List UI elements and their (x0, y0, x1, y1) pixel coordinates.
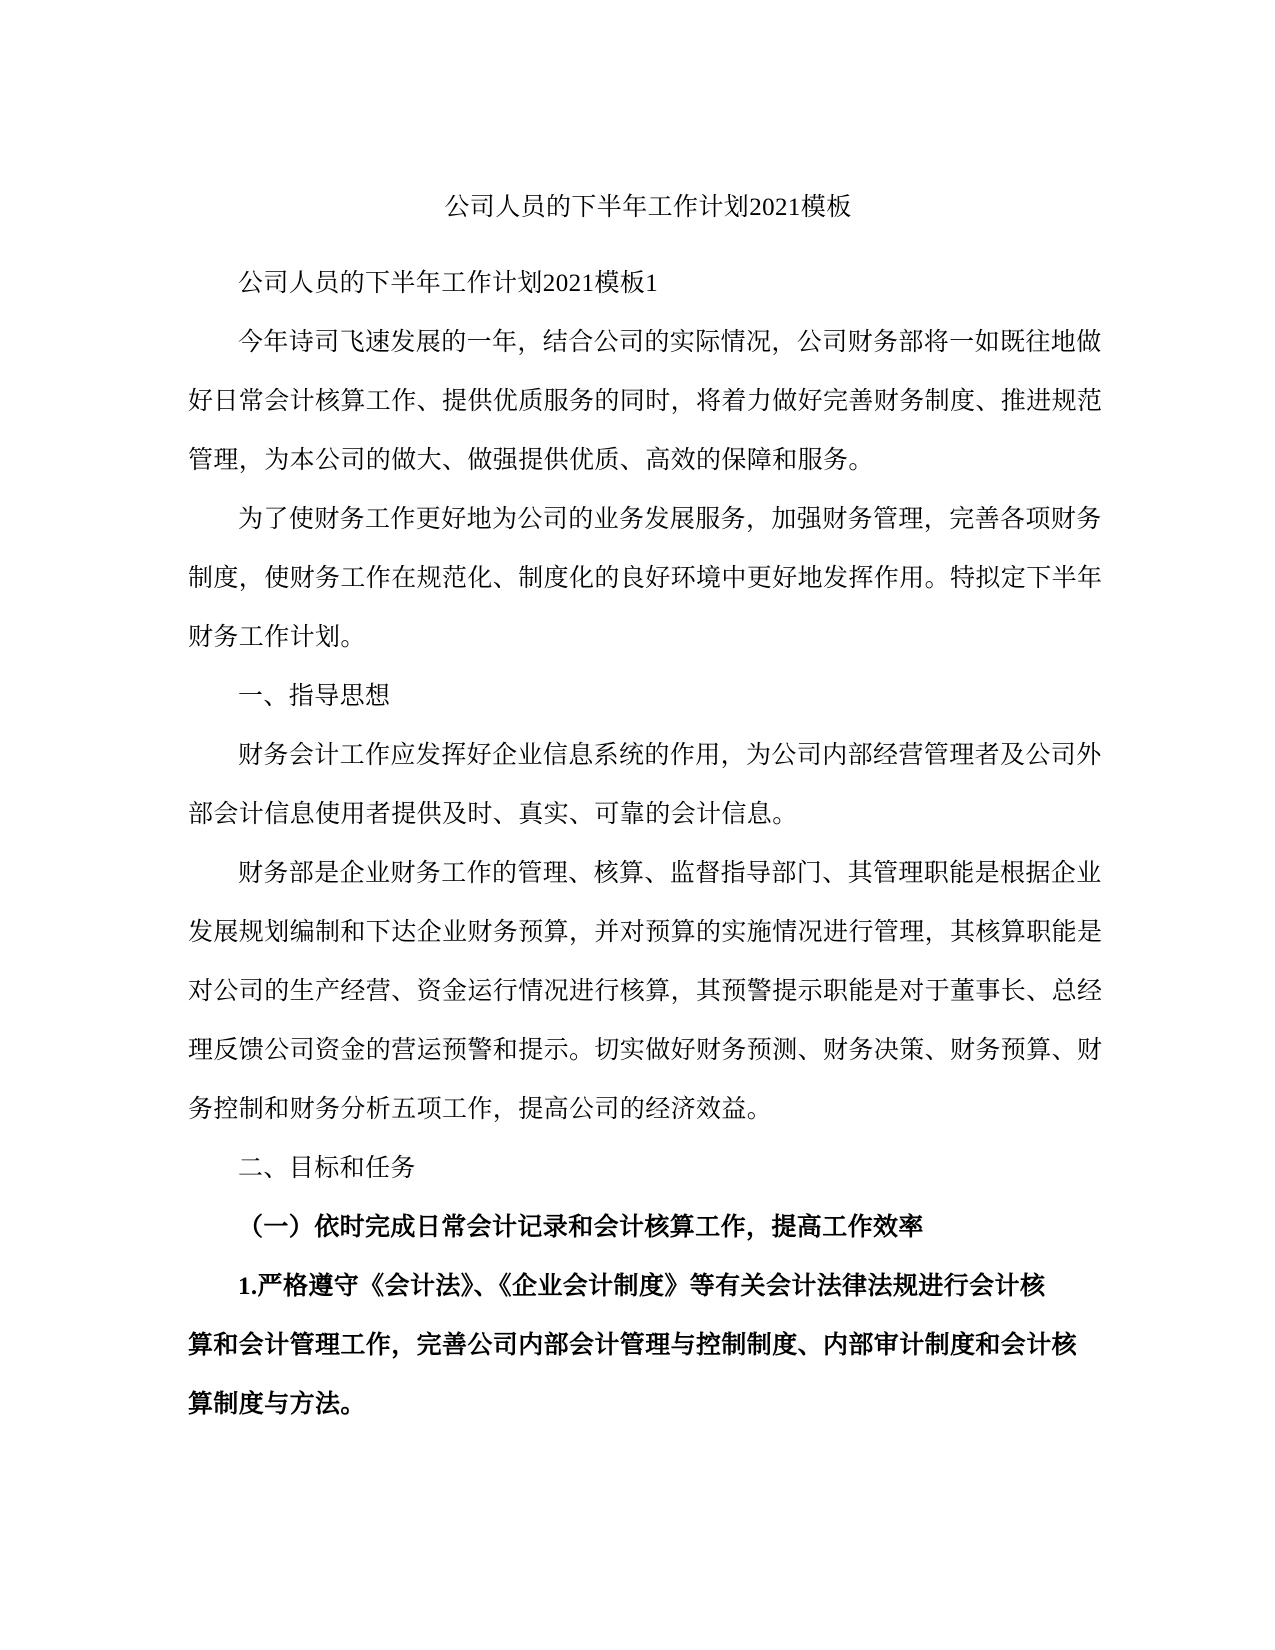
bold-subheading-line: （一）依时完成日常会计记录和会计核算工作，提高工作效率 (188, 1198, 1108, 1257)
paragraph-line: 理反馈公司资金的营运预警和提示。切实做好财务预测、财务决策、财务预算、财 (188, 1021, 1108, 1080)
paragraph-line: 发展规划编制和下达企业财务预算，并对预算的实施情况进行管理，其核算职能是 (188, 903, 1108, 962)
bold-paragraph-line: 算制度与方法。 (188, 1375, 1108, 1434)
paragraph-line: 制度，使财务工作在规范化、制度化的良好环境中更好地发挥作用。特拟定下半年 (188, 549, 1108, 608)
bold-paragraph-line: 算和会计管理工作，完善公司内部会计管理与控制制度、内部审计制度和会计核 (188, 1316, 1108, 1375)
paragraph-line: 财务部是企业财务工作的管理、核算、监督指导部门、其管理职能是根据企业 (188, 844, 1108, 903)
section-heading-line: 一、指导思想 (188, 667, 1108, 726)
paragraph-line: 财务会计工作应发挥好企业信息系统的作用，为公司内部经营管理者及公司外 (188, 726, 1108, 785)
document-body: 公司人员的下半年工作计划2021模板1 今年诗司飞速发展的一年，结合公司的实际情… (188, 254, 1108, 1434)
paragraph-line: 好日常会计核算工作、提供优质服务的同时，将着力做好完善财务制度、推进规范 (188, 372, 1108, 431)
document-page: 公司人员的下半年工作计划2021模板 公司人员的下半年工作计划2021模板1 今… (0, 0, 1275, 1650)
bold-paragraph-line: 1.严格遵守《会计法》、《企业会计制度》等有关会计法律法规进行会计核 (188, 1257, 1108, 1316)
paragraph-line: 部会计信息使用者提供及时、真实、可靠的会计信息。 (188, 785, 1108, 844)
document-subtitle-line: 公司人员的下半年工作计划2021模板1 (188, 254, 1108, 313)
paragraph-line: 今年诗司飞速发展的一年，结合公司的实际情况，公司财务部将一如既往地做 (188, 313, 1108, 372)
paragraph-line: 务控制和财务分析五项工作，提高公司的经济效益。 (188, 1080, 1108, 1139)
paragraph-line: 管理，为本公司的做大、做强提供优质、高效的保障和服务。 (188, 431, 1108, 490)
paragraph-line: 对公司的生产经营、资金运行情况进行核算，其预警提示职能是对于董事长、总经 (188, 962, 1108, 1021)
document-title: 公司人员的下半年工作计划2021模板 (188, 178, 1108, 237)
paragraph-line: 财务工作计划。 (188, 608, 1108, 667)
paragraph-line: 为了使财务工作更好地为公司的业务发展服务，加强财务管理，完善各项财务 (188, 490, 1108, 549)
section-heading-line: 二、目标和任务 (188, 1139, 1108, 1198)
